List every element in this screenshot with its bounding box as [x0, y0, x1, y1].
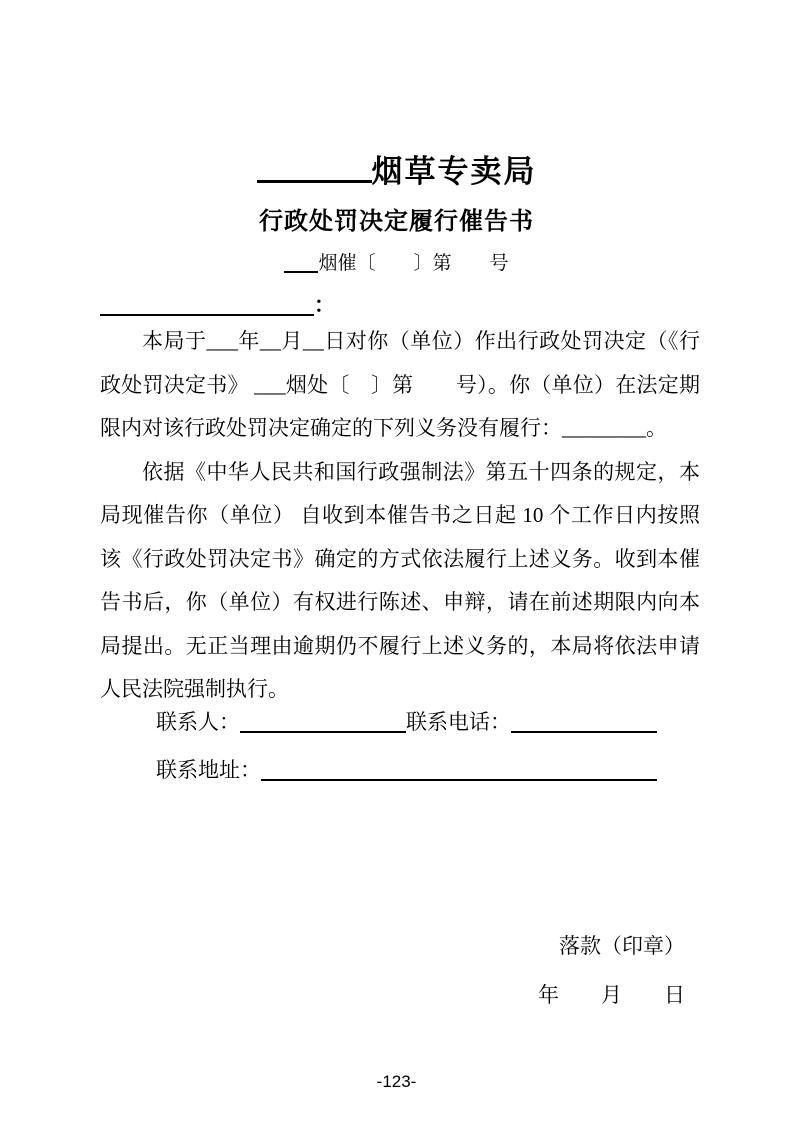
authority-name: 烟草专卖局 — [372, 154, 537, 189]
paragraph-penalty-decision: 本局于___年__月__日对你（单位）作出行政处罚决定（《行政处罚决定书》 __… — [100, 320, 700, 451]
authority-line: 烟草专卖局 — [0, 146, 793, 191]
contact-phone-label: 联系电话： — [406, 710, 511, 734]
seal-line: 落款（印章） — [0, 930, 685, 960]
document-page: 烟草专卖局 行政处罚决定履行催告书 烟催〔 〕第 号 ： 本局于___年__月_… — [0, 0, 793, 1122]
body-text: 本局于___年__月__日对你（单位）作出行政处罚决定（《行政处罚决定书》 __… — [100, 320, 700, 712]
document-number-line: 烟催〔 〕第 号 — [0, 248, 793, 275]
contact-person-blank-line — [240, 709, 406, 733]
authority-blank-line — [257, 154, 372, 183]
recipient-line: ： — [100, 288, 335, 319]
recipient-colon: ： — [314, 293, 335, 317]
contact-person-label: 联系人： — [156, 710, 240, 734]
doc-number-blank-line — [284, 253, 318, 273]
date-line: 年 月 日 — [0, 979, 685, 1009]
signature-block: 落款（印章） 年 月 日 — [0, 930, 793, 1009]
contact-address-label: 联系地址： — [156, 758, 261, 782]
recipient-blank-line — [100, 288, 314, 316]
page-number: -123- — [0, 1072, 793, 1092]
paragraph-legal-basis: 依据《中华人民共和国行政强制法》第五十四条的规定，本局现催告你（单位） 自收到本… — [100, 451, 700, 712]
contact-address-blank-line — [261, 757, 657, 781]
contact-phone-blank-line — [511, 709, 657, 733]
contact-row-address: 联系地址： — [100, 754, 720, 788]
doc-number-text: 烟催〔 〕第 号 — [318, 253, 508, 274]
document-title: 行政处罚决定履行催告书 — [0, 201, 793, 236]
contact-block: 联系人：联系电话： 联系地址： — [100, 706, 720, 802]
contact-row-person-phone: 联系人：联系电话： — [100, 706, 720, 740]
